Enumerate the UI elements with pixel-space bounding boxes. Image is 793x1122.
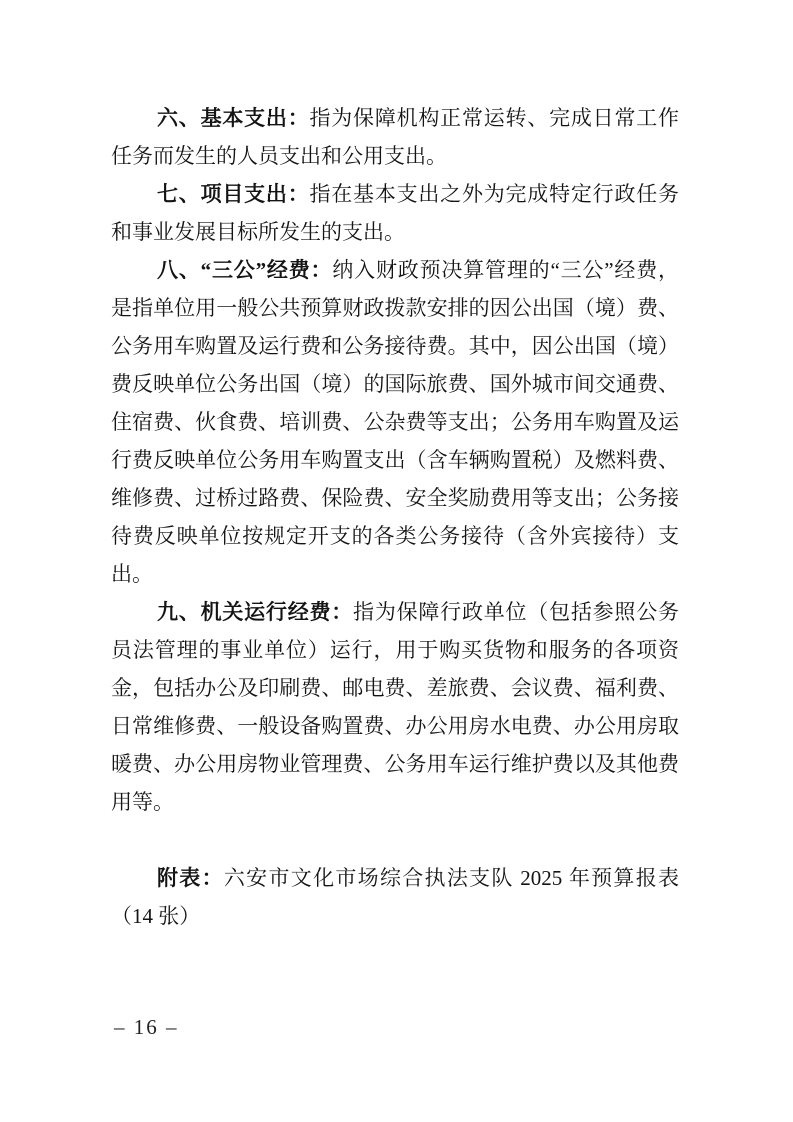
paragraph-heading: 七、项目支出： (157, 182, 309, 206)
paragraph-agency-operating-funds: 九、机关运行经费：指为保障行政单位（包括参照公务员法管理的事业单位）运行，用于购… (111, 593, 679, 821)
paragraph-three-public-funds: 八、“三公”经费：纳入财政预决算管理的“三公”经费，是指单位用一般公共预算财政拨… (111, 251, 679, 593)
paragraph-heading: 九、机关运行经费： (157, 600, 353, 624)
document-body: 六、基本支出：指为保障机构正常运转、完成日常工作任务而发生的人员支出和公用支出。… (111, 99, 679, 935)
paragraph-basic-expenditure: 六、基本支出：指为保障机构正常运转、完成日常工作任务而发生的人员支出和公用支出。 (111, 99, 679, 175)
paragraph-text: 纳入财政预决算管理的“三公”经费，是指单位用一般公共预算财政拨款安排的因公出国（… (111, 258, 679, 586)
paragraph-appendix-note: 附表：六安市文化市场综合执法支队 2025 年预算报表（14 张） (111, 859, 679, 935)
paragraph-project-expenditure: 七、项目支出：指在基本支出之外为完成特定行政任务和事业发展目标所发生的支出。 (111, 175, 679, 251)
paragraph-heading: 六、基本支出： (157, 106, 309, 130)
document-page: 六、基本支出：指为保障机构正常运转、完成日常工作任务而发生的人员支出和公用支出。… (0, 0, 793, 1122)
paragraph-heading: 附表： (157, 866, 224, 890)
paragraph-text: 指为保障行政单位（包括参照公务员法管理的事业单位）运行，用于购买货物和服务的各项… (111, 600, 679, 814)
paragraph-heading: 八、“三公”经费： (157, 258, 332, 282)
page-number: – 16 – (114, 1013, 179, 1041)
